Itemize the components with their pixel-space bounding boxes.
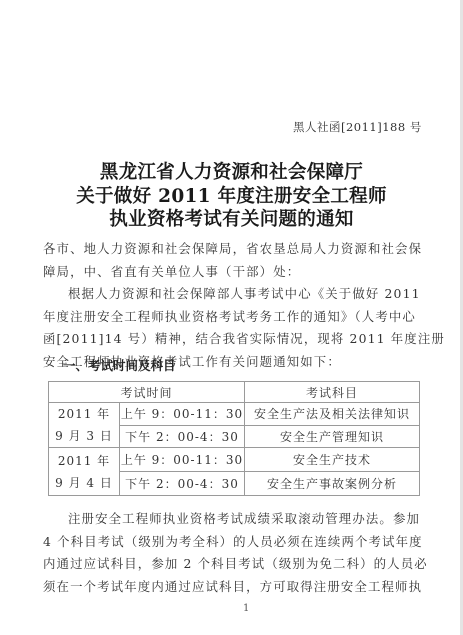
time-cell: 下午 2：00-4：30	[120, 425, 245, 448]
rules-line: 注册安全工程师执业资格考试成绩采取滚动管理办法。参加	[43, 508, 423, 531]
time-cell: 上午 9：00-11：30	[120, 403, 245, 426]
header-exam-time: 考试时间	[49, 382, 245, 403]
table-row: 2011 年 9 月 3 日 上午 9：00-11：30 安全生产法及相关法律知…	[49, 403, 420, 426]
intro-line: 根据人力资源和社会保障部人事考试中心《关于做好 2011	[43, 283, 423, 306]
intro-line: 函[2011]14 号）精神，结合我省实际情况，现将 2011 年度注册	[43, 328, 423, 351]
rules-line: 须在一个考试年度内通过应试科目，方可取得注册安全工程师执	[43, 576, 423, 599]
title-line-3: 执业资格考试有关问题的通知	[0, 205, 463, 231]
addressee-line: 障局，中、省直有关单位人事（干部）处：	[43, 261, 423, 284]
document-number: 黑人社函[2011]188 号	[293, 119, 433, 135]
exam-schedule-table: 考试时间 考试科目 2011 年 9 月 3 日 上午 9：00-11：30 安…	[48, 381, 420, 496]
section-heading: 一、考试时间及科目	[63, 356, 176, 374]
table-row: 2011 年 9 月 4 日 上午 9：00-11：30 安全生产技术	[49, 448, 420, 472]
date-cell: 2011 年 9 月 3 日	[49, 403, 120, 448]
subject-cell: 安全生产管理知识	[245, 425, 420, 448]
title-line-1: 黑龙江省人力资源和社会保障厅	[0, 158, 463, 184]
page-number: 1	[243, 603, 249, 614]
rules-line: 内通过应试科目，参加 2 个科目考试（级别为免二科）的人员必	[43, 553, 423, 576]
subject-cell: 安全生产法及相关法律知识	[245, 403, 420, 426]
time-cell: 下午 2：00-4：30	[120, 472, 245, 496]
table-header-row: 考试时间 考试科目	[49, 382, 420, 403]
time-cell: 上午 9：00-11：30	[120, 448, 245, 472]
rules-line: 4 个科目考试（级别为考全科）的人员必须在连续两个考试年度	[43, 531, 423, 554]
addressee-paragraph: 各市、地人力资源和社会保障局，省农垦总局人力资源和社会保 障局，中、省直有关单位…	[43, 238, 423, 283]
rules-paragraph: 注册安全工程师执业资格考试成绩采取滚动管理办法。参加 4 个科目考试（级别为考全…	[43, 508, 423, 598]
header-exam-subject: 考试科目	[245, 382, 420, 403]
intro-line: 年度注册安全工程师执业资格考试考务工作的通知》（人考中心	[43, 306, 423, 329]
date-cell: 2011 年 9 月 4 日	[49, 448, 120, 496]
addressee-line: 各市、地人力资源和社会保障局，省农垦总局人力资源和社会保	[43, 238, 423, 261]
subject-cell: 安全生产事故案例分析	[245, 472, 420, 496]
subject-cell: 安全生产技术	[245, 448, 420, 472]
